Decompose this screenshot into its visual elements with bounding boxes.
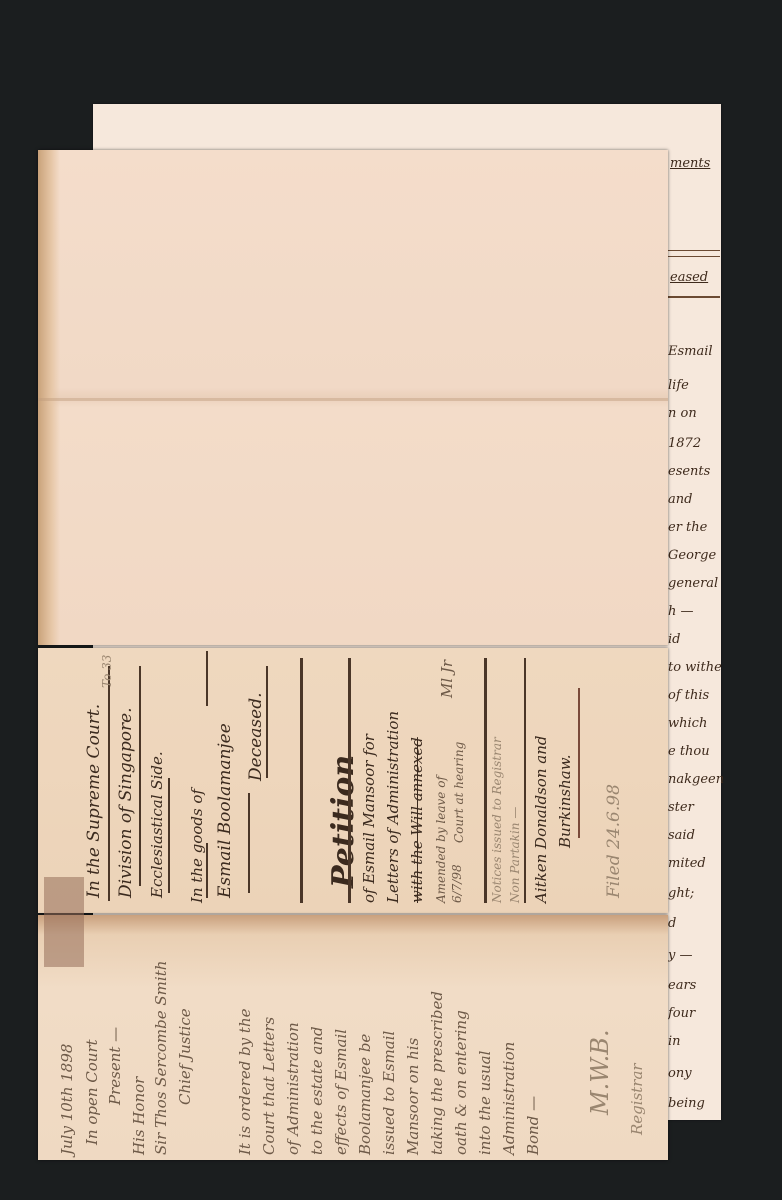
petition-line: of Esmail Mansoor for (360, 653, 378, 903)
solicitors-line: Aitken Donaldson and (532, 658, 550, 903)
repair-tape (44, 877, 84, 967)
back-line: esents (668, 464, 724, 479)
minute-line: Mansoor on his (404, 930, 422, 1155)
petition-line-struck: with the Will annexed (408, 653, 426, 903)
minute-line: In open Court (83, 945, 101, 1145)
registrar-signature: M.W.B. (586, 985, 614, 1115)
back-line: in (668, 1034, 724, 1049)
back-case-fragment: eased (670, 270, 708, 285)
division-line: Division of Singapore. (116, 658, 136, 898)
minute-line: Present — (106, 1005, 124, 1105)
minute-line: Boolamanjee be (356, 930, 374, 1155)
fold-crease (38, 398, 668, 401)
back-line: 1872 (668, 436, 724, 451)
rule (248, 793, 250, 893)
petition-title: Petition (326, 673, 361, 888)
minute-line: to the estate and (308, 930, 326, 1155)
minute-line: taking the prescribed (428, 930, 446, 1155)
minute-line: into the usual (476, 930, 494, 1155)
back-line: ght; (668, 886, 724, 901)
back-line: being (668, 1096, 724, 1111)
minute-line: Administration (500, 930, 518, 1155)
double-rule (348, 658, 351, 903)
minute-line: of Administration (284, 930, 302, 1155)
back-line: id (668, 632, 724, 647)
court-minute-panel: July 10th 1898 In open Court Present — H… (38, 915, 668, 1160)
back-line: Esmail (668, 344, 724, 359)
underline (139, 666, 141, 886)
deceased-label: Deceased. (246, 656, 266, 781)
back-header-fragment: ments (670, 156, 710, 171)
ruled-line (668, 296, 720, 298)
side-line: Ecclesiastical Side. (148, 773, 166, 898)
amendment-initials: Ml Jr (438, 658, 456, 698)
double-rule (300, 658, 303, 903)
back-line: mited (668, 856, 724, 871)
deceased-name: Esmail Boolamanjee (215, 658, 235, 898)
minute-line: oath & on entering (452, 930, 470, 1155)
double-rule (484, 658, 487, 903)
matter-line: In the goods of (188, 688, 206, 903)
minute-line: July 10th 1898 (58, 955, 76, 1155)
back-line: e thou (668, 744, 724, 759)
back-line: n on (668, 406, 724, 421)
blank-folded-panel (38, 150, 668, 645)
minute-line: Chief Justice (176, 975, 194, 1105)
minute-line: His Honor (130, 1005, 148, 1155)
back-line: general (668, 576, 724, 591)
back-line: and (668, 492, 724, 507)
rule (206, 843, 208, 898)
back-line: d (668, 916, 724, 931)
docket-panel: In the Supreme Court. To 33 Division of … (38, 648, 668, 913)
amendment-date: 6/7/98 (450, 848, 464, 903)
underline (168, 778, 170, 893)
underline (578, 688, 580, 838)
minute-line: effects of Esmail (332, 930, 350, 1155)
underline (108, 666, 110, 901)
minute-line: Sir Thos Sercombe Smith (152, 930, 170, 1155)
back-line: ony (668, 1066, 724, 1081)
back-line: which (668, 716, 724, 731)
registrar-title: Registrar (628, 985, 646, 1135)
court-line: In the Supreme Court. (84, 658, 104, 898)
reference-note: To 33 (100, 648, 114, 688)
rule (206, 651, 208, 706)
notices-line: Non Partakin — (508, 768, 522, 903)
back-line: life (668, 378, 724, 393)
petition-line: Letters of Administration (384, 653, 402, 903)
minute-line: Bond — (524, 1065, 542, 1155)
filed-date: Filed 24.6.98 (604, 688, 624, 898)
back-line: nakgeen (668, 772, 724, 787)
back-line: to withe (668, 660, 724, 675)
back-line: said (668, 828, 724, 843)
minute-line: issued to Esmail (380, 930, 398, 1155)
back-line: four (668, 1006, 724, 1021)
back-line: George (668, 548, 724, 563)
minute-line: Court that Letters (260, 930, 278, 1155)
ruled-line (668, 256, 720, 257)
rule (524, 658, 526, 903)
back-line: ster (668, 800, 724, 815)
solicitors-line: Burkinshaw. (556, 678, 574, 848)
underline (266, 666, 268, 778)
back-line: ears (668, 978, 724, 993)
back-line: y — (668, 948, 724, 963)
back-line: h — (668, 604, 724, 619)
minute-line: It is ordered by the (236, 930, 254, 1155)
notices-line: Notices issued to Registrar (490, 653, 504, 903)
back-line: of this (668, 688, 724, 703)
ruled-line (668, 250, 720, 251)
back-line: er the (668, 520, 724, 535)
